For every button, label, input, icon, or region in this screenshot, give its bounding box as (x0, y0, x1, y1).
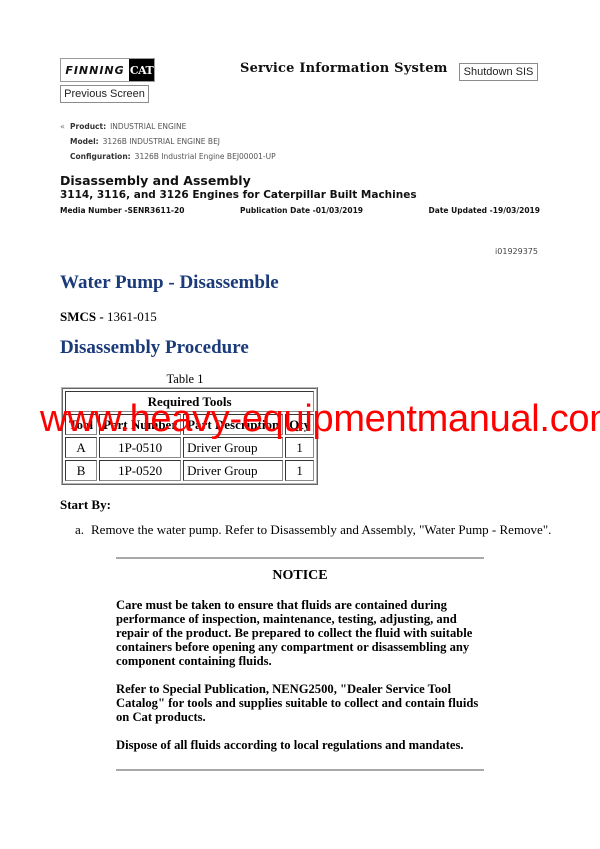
smcs-code: SMCS - 1361-015 (60, 309, 157, 325)
date-updated: Date Updated -19/03/2019 (429, 206, 540, 215)
cell-part-description: Driver Group (183, 437, 283, 458)
illustration-id: i01929375 (495, 247, 538, 256)
table-header-row: Tool Part Number Part Description Qty (65, 414, 314, 435)
cat-logo-text: CAT (129, 59, 154, 81)
notice-title: NOTICE (116, 568, 484, 584)
table-row: B 1P-0520 Driver Group 1 (65, 460, 314, 481)
breadcrumb-model: Model: 3126B INDUSTRIAL ENGINE BEJ (60, 134, 276, 149)
model-value: 3126B INDUSTRIAL ENGINE BEJ (103, 134, 220, 149)
smcs-value: 1361-015 (107, 309, 157, 324)
cell-tool: A (65, 437, 97, 458)
shutdown-sis-button[interactable]: Shutdown SIS (459, 63, 538, 81)
finning-cat-logo: FINNING CAT (60, 58, 155, 82)
notice-paragraph: Refer to Special Publication, NENG2500, … (116, 682, 488, 724)
document-subtitle: 3114, 3116, and 3126 Engines for Caterpi… (60, 189, 417, 201)
step-text: Remove the water pump. Refer to Disassem… (91, 522, 551, 537)
model-label: Model: (70, 134, 99, 149)
start-by-label: Start By: (60, 497, 111, 513)
column-header-part-number: Part Number (99, 414, 181, 435)
table-row: A 1P-0510 Driver Group 1 (65, 437, 314, 458)
configuration-label: Configuration: (70, 149, 131, 164)
document-title: Disassembly and Assembly (60, 173, 251, 188)
table-title: Required Tools (65, 391, 314, 412)
media-number: Media Number -SENR3611-20 (60, 206, 184, 215)
notice-paragraph: Care must be taken to ensure that fluids… (116, 598, 488, 668)
cell-tool: B (65, 460, 97, 481)
notice-paragraph: Dispose of all fluids according to local… (116, 738, 488, 752)
column-header-part-description: Part Description (183, 414, 283, 435)
product-label: Product: (70, 119, 106, 134)
publication-date: Publication Date -01/03/2019 (240, 206, 363, 215)
double-chevron-left-icon[interactable]: « (60, 119, 70, 134)
notice-body: Care must be taken to ensure that fluids… (116, 598, 488, 766)
finning-logo-text: FINNING (61, 59, 129, 81)
product-value: INDUSTRIAL ENGINE (110, 119, 186, 134)
cell-part-number: 1P-0520 (99, 460, 181, 481)
column-header-qty: Qty (285, 414, 314, 435)
previous-screen-button[interactable]: Previous Screen (60, 85, 149, 103)
step-marker: a. (75, 522, 91, 538)
notice-divider-top (116, 557, 484, 559)
step-item: a.Remove the water pump. Refer to Disass… (75, 522, 551, 538)
cell-part-number: 1P-0510 (99, 437, 181, 458)
column-header-tool: Tool (65, 414, 97, 435)
notice-divider-bottom (116, 769, 484, 771)
cell-qty: 1 (285, 437, 314, 458)
required-tools-table: Required Tools Tool Part Number Part Des… (61, 387, 318, 485)
breadcrumb-configuration: Configuration: 3126B Industrial Engine B… (60, 149, 276, 164)
cell-part-description: Driver Group (183, 460, 283, 481)
smcs-label: SMCS - (60, 309, 104, 324)
cell-qty: 1 (285, 460, 314, 481)
app-title: Service Information System (240, 61, 448, 76)
page-heading: Water Pump - Disassemble (60, 272, 279, 294)
breadcrumb: « Product: INDUSTRIAL ENGINE Model: 3126… (60, 119, 276, 164)
configuration-value: 3126B Industrial Engine BEJ00001-UP (135, 149, 276, 164)
table-caption: Table 1 (60, 372, 310, 387)
procedure-heading: Disassembly Procedure (60, 337, 249, 359)
breadcrumb-product[interactable]: « Product: INDUSTRIAL ENGINE (60, 119, 276, 134)
